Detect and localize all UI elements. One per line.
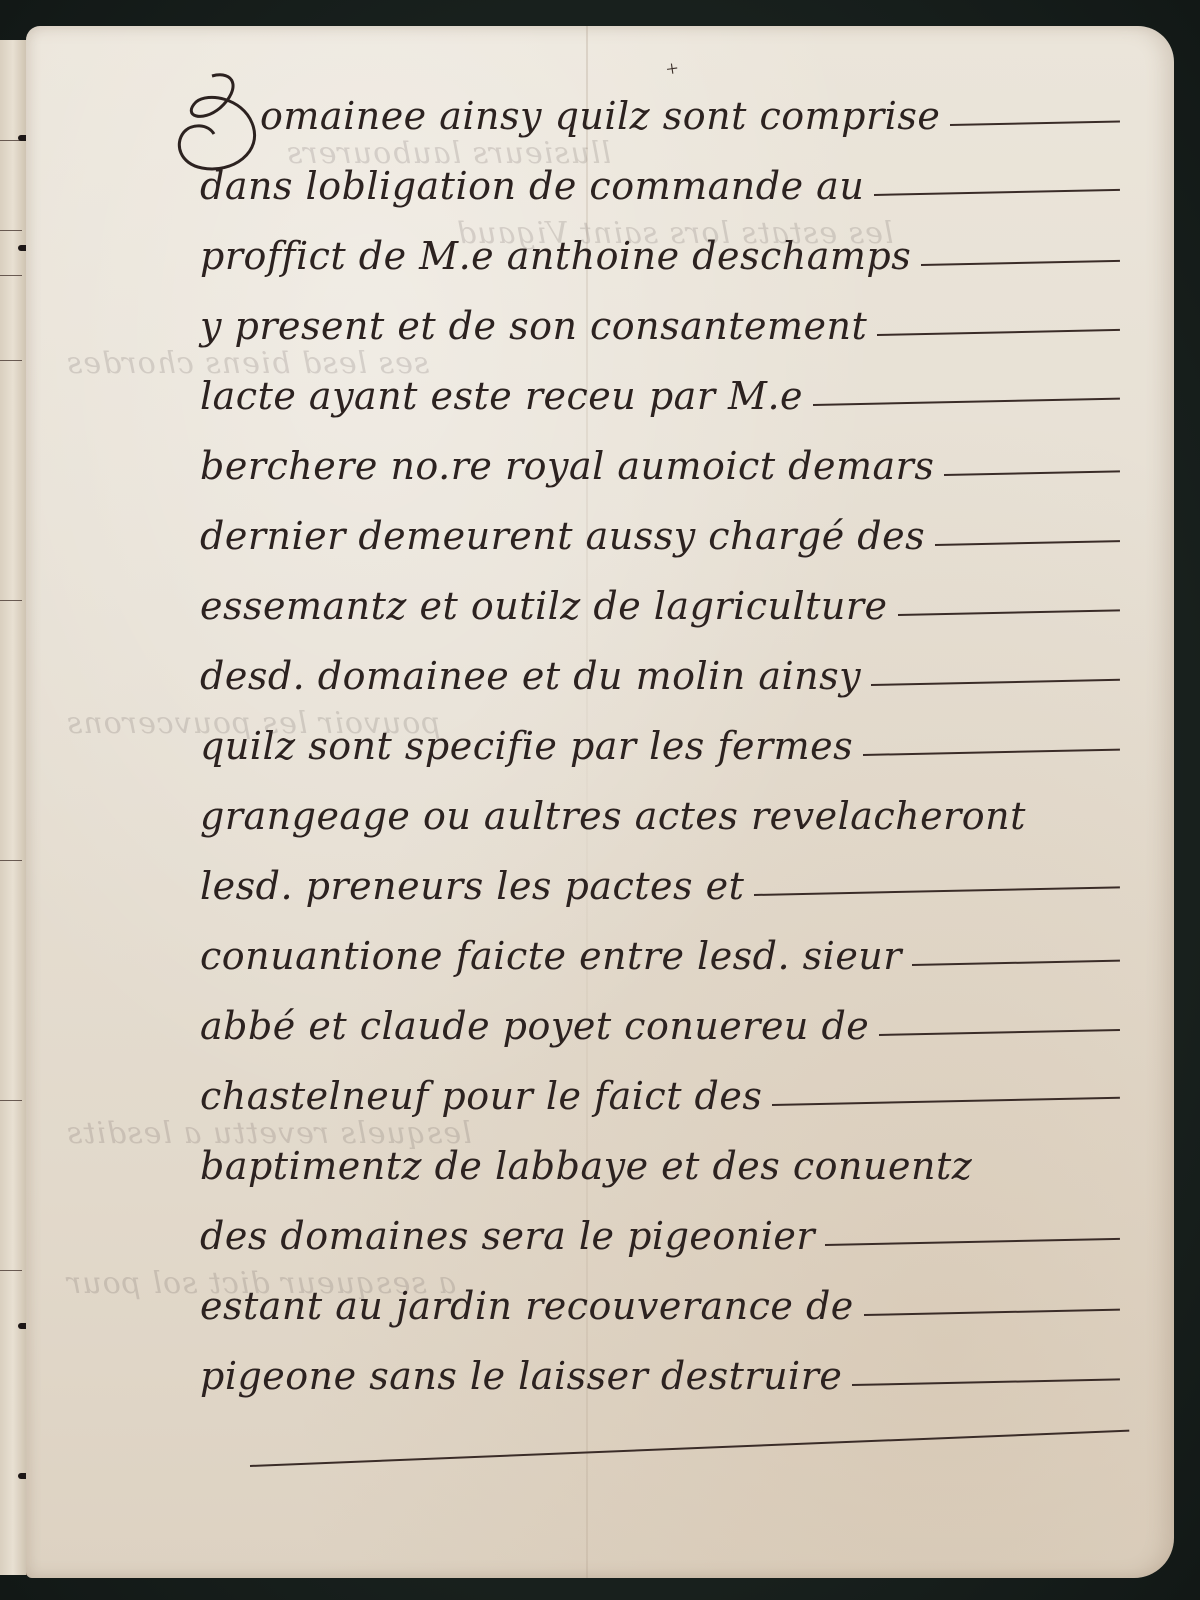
line-text: dans lobligation de commande au (200, 164, 864, 218)
line-filler-stroke (863, 749, 1120, 756)
line-text: baptimentz de labbaye et des conuentz (200, 1144, 972, 1198)
line-text: lacte ayant este receu par M.e (200, 374, 803, 428)
strip-line (0, 275, 22, 276)
strip-line (0, 360, 22, 361)
strip-line (0, 1270, 22, 1271)
manuscript-line: chastelneuf pour le faict des (200, 1058, 1120, 1128)
manuscript-line: dans lobligation de commande au (200, 148, 1120, 218)
line-filler-stroke (825, 1238, 1120, 1246)
manuscript-line: berchere no.re royal aumoict demars (200, 428, 1120, 498)
line-text: abbé et claude poyet conuereu de (200, 1004, 869, 1058)
line-filler-stroke (879, 1029, 1120, 1036)
line-text: proffict de M.e anthoine deschamps (200, 234, 911, 288)
line-filler-stroke (864, 1309, 1120, 1316)
manuscript-line: baptimentz de labbaye et des conuentz (200, 1128, 1120, 1198)
binding-strip (0, 40, 28, 1575)
line-filler-stroke (921, 260, 1120, 266)
manuscript-line: quilz sont specifie par les fermes (200, 708, 1120, 778)
line-text: omainee ainsy quilz sont comprise (200, 94, 940, 148)
line-filler-stroke (754, 886, 1120, 896)
line-filler-stroke (944, 470, 1120, 476)
line-filler-stroke (950, 120, 1120, 126)
manuscript-line: proffict de M.e anthoine deschamps (200, 218, 1120, 288)
manuscript-line: estant au jardin recouverance de (200, 1268, 1120, 1338)
strip-line (0, 1100, 22, 1101)
manuscript-line: essemantz et outilz de lagriculture (200, 568, 1120, 638)
manuscript-line: abbé et claude poyet conuereu de (200, 988, 1120, 1058)
manuscript-line: y present et de son consantement (200, 288, 1120, 358)
line-text: conuantione faicte entre lesd. sieur (200, 934, 902, 988)
line-text: lesd. preneurs les pactes et (200, 864, 744, 918)
manuscript-line: lesd. preneurs les pactes et (200, 848, 1120, 918)
manuscript-line: lacte ayant este receu par M.e (200, 358, 1120, 428)
strip-line (0, 860, 22, 861)
line-filler-stroke (898, 609, 1120, 616)
manuscript-line: des domaines sera le pigeonier (200, 1198, 1120, 1268)
line-text: chastelneuf pour le faict des (200, 1074, 762, 1128)
line-filler-stroke (871, 679, 1120, 686)
manuscript-photo: llusieurs laubourers les estats lors sai… (0, 0, 1200, 1600)
line-filler-stroke (877, 329, 1120, 336)
manuscript-line: pigeone sans le laisser destruire (200, 1338, 1120, 1408)
line-text: quilz sont specifie par les fermes (200, 724, 853, 778)
line-filler-stroke (935, 540, 1120, 546)
line-text: pigeone sans le laisser destruire (200, 1354, 842, 1408)
line-text: grangeage ou aultres actes revelacheront (200, 794, 1026, 848)
manuscript-line: conuantione faicte entre lesd. sieur (200, 918, 1120, 988)
line-text: dernier demeurent aussy chargé des (200, 514, 925, 568)
manuscript-line: desd. domainee et du molin ainsy (200, 638, 1120, 708)
line-filler-stroke (912, 960, 1120, 966)
line-text: desd. domainee et du molin ainsy (200, 654, 861, 708)
line-filler-stroke (874, 189, 1120, 196)
line-text: y present et de son consantement (200, 304, 867, 358)
strip-line (0, 600, 22, 601)
line-text: estant au jardin recouverance de (200, 1284, 854, 1338)
manuscript-line: grangeage ou aultres actes revelacheront (200, 778, 1120, 848)
line-filler-stroke (813, 398, 1120, 406)
line-filler-stroke (852, 1378, 1120, 1386)
line-text: des domaines sera le pigeonier (200, 1214, 815, 1268)
line-text: essemantz et outilz de lagriculture (200, 584, 888, 638)
strip-line (0, 230, 22, 231)
line-filler-stroke (772, 1097, 1120, 1106)
manuscript-line: dernier demeurent aussy chargé des (200, 498, 1120, 568)
handwritten-text-block: omainee ainsy quilz sont comprise dans l… (200, 78, 1120, 1408)
manuscript-line: omainee ainsy quilz sont comprise (200, 78, 1120, 148)
line-text: berchere no.re royal aumoict demars (200, 444, 934, 498)
